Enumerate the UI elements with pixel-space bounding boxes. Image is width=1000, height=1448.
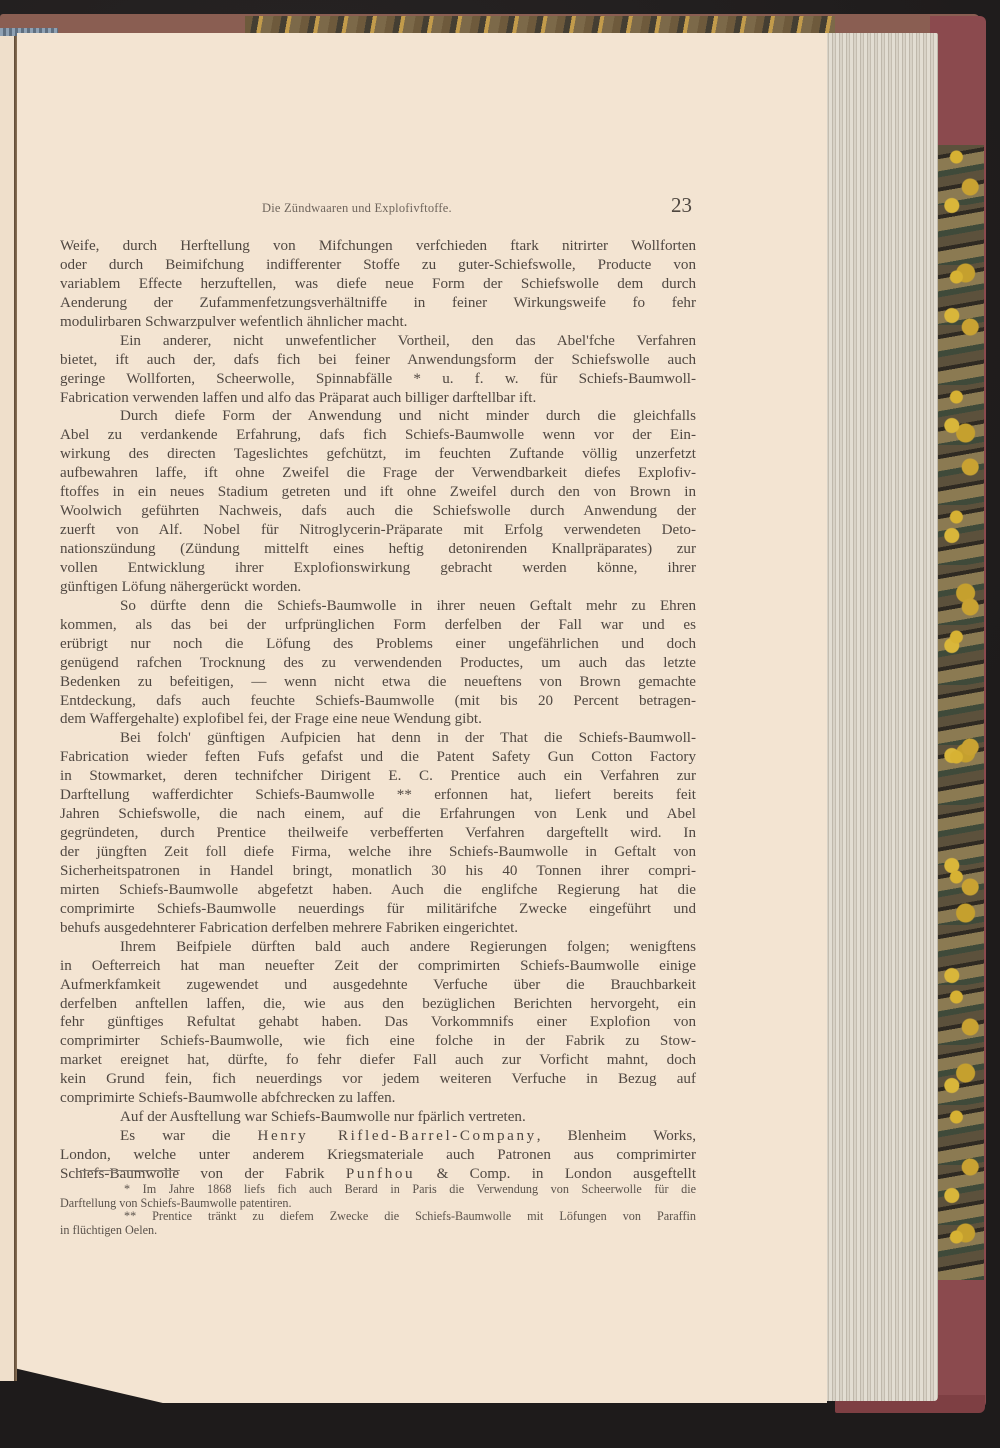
text-line: variablem Effecte herzuftellen, was dief… <box>60 275 696 294</box>
text-line: modulirbaren Schwarzpulver wefentlich äh… <box>60 313 696 332</box>
text-line: erübrigt nur noch die Löfung des Problem… <box>60 635 696 654</box>
text-line: So dürfte denn die Schiefs-Baumwolle in … <box>60 597 696 616</box>
text-line: Sicherheitspatronen in Handel bringt, mo… <box>60 862 696 881</box>
text-line: Woolwich geführten Nachweis, dafs auch d… <box>60 502 696 521</box>
emphasized-name: Punfhou <box>346 1166 415 1182</box>
running-head: Die Zündwaaren und Explofivftoffe. <box>262 201 452 216</box>
footnotes: * Im Jahre 1868 liefs fich auch Berard i… <box>60 1183 696 1237</box>
book-page: Die Zündwaaren und Explofivftoffe. 23 We… <box>17 33 827 1403</box>
text-line: Fabrication verwenden laffen und alfo da… <box>60 389 696 408</box>
text-line: genügend rafchen Trocknung des zu verwen… <box>60 654 696 673</box>
footnote-line: * Im Jahre 1868 liefs fich auch Berard i… <box>60 1183 696 1197</box>
page-number: 23 <box>671 193 692 218</box>
text-line: nationszündung (Zündung mittelft eines h… <box>60 540 696 559</box>
text-line: Ihrem Beifpiele dürften bald auch andere… <box>60 938 696 957</box>
text-line: in Stowmarket, deren technifcher Dirigen… <box>60 767 696 786</box>
text-line: der jüngften Zeit foll diefe Firma, welc… <box>60 843 696 862</box>
text-line: kommen, als das bei der urfprünglichen F… <box>60 616 696 635</box>
text-line: wirkung des directen Tageslichtes gefchü… <box>60 445 696 464</box>
text-line: geringe Wollforten, Scheerwolle, Spinnab… <box>60 370 696 389</box>
text-line: comprimirte Schiefs-Baumwolle neuerdings… <box>60 900 696 919</box>
previous-page-sliver <box>0 36 14 1381</box>
text-line: Fabrication wieder feften Fufs gefafst u… <box>60 748 696 767</box>
footnote-divider <box>80 1170 180 1171</box>
book-gutter <box>14 36 17 1381</box>
text-line: fehr günftiges Refultat gehabt haben. Da… <box>60 1013 696 1032</box>
text-line: derfelben anftellen laffen, die, wie aus… <box>60 995 696 1014</box>
marbled-cover-side <box>938 145 984 1280</box>
text-line: bietet, ift auch der, dafs fich bei fein… <box>60 351 696 370</box>
text-line: Auf der Ausftellung war Schiefs-Baumwoll… <box>60 1108 696 1127</box>
text-line: gegründeten, durch Prentice theilweife v… <box>60 824 696 843</box>
footnote-line: ** Prentice tränkt zu diefem Zwecke die … <box>60 1210 696 1224</box>
page-block-edges <box>826 33 938 1401</box>
footnote-line: Darftellung von Schiefs-Baumwolle patent… <box>60 1197 696 1211</box>
text-line: aufbewahren laffe, ift ohne Zweifel die … <box>60 464 696 483</box>
text-line: kein Grund fein, fich neuerdings vor jed… <box>60 1070 696 1089</box>
text-line: mirten Schiefs-Baumwolle abgefetzt haben… <box>60 881 696 900</box>
text-line: Es war die Henry Rifled-Barrel-Company, … <box>60 1127 696 1146</box>
text-line: günftigen Löfung nähergerückt worden. <box>60 578 696 597</box>
text-line: Abel zu verdankende Erfahrung, dafs fich… <box>60 426 696 445</box>
text-line: market ereignet hat, dürfte, fo fehr die… <box>60 1051 696 1070</box>
text-line: Entdeckung, dafs auch feuchte Schiefs-Ba… <box>60 692 696 711</box>
page-content: Die Zündwaaren und Explofivftoffe. 23 We… <box>17 33 827 1403</box>
text-line: behufs ausgedehnterer Fabrication derfel… <box>60 919 696 938</box>
text-line: comprimirte Schiefs-Baumwolle abfchrecke… <box>60 1089 696 1108</box>
text-line: Bedenken zu befeitigen, — wenn nicht etw… <box>60 673 696 692</box>
text-line: comprimirter Schiefs-Baumwolle, wie fich… <box>60 1032 696 1051</box>
text-line: Aufmerkfamkeit zugewendet und ausgedehnt… <box>60 976 696 995</box>
text-line: London, welche unter anderem Kriegsmater… <box>60 1146 696 1165</box>
text-line: Aenderung der Zufammenfetzungsverhältnif… <box>60 294 696 313</box>
text-line: Ein anderer, nicht unwefentlicher Vorthe… <box>60 332 696 351</box>
text-line: Jahren Schiefswolle, die nach einem, auf… <box>60 805 696 824</box>
text-line: Bei folch' günftigen Aufpicien hat denn … <box>60 729 696 748</box>
text-line: dem Waffergehalte) explofibel fei, der F… <box>60 710 696 729</box>
footnote-line: in flüchtigen Oelen. <box>60 1224 696 1238</box>
text-line: ftoffes in ein neues Stadium getreten un… <box>60 483 696 502</box>
text-line: oder durch Beimifchung indifferenter Sto… <box>60 256 696 275</box>
text-line: vollen Entwicklung ihrer Explofionswirku… <box>60 559 696 578</box>
emphasized-name: Henry Rifled-Barrel-Company <box>258 1128 537 1144</box>
text-line: Durch diefe Form der Anwendung und nicht… <box>60 407 696 426</box>
text-line: in Oefterreich hat man neuefter Zeit der… <box>60 957 696 976</box>
text-line: Darftellung wafferdichter Schiefs-Baumwo… <box>60 786 696 805</box>
text-line: zuerft von Alf. Nobel für Nitroglycerin-… <box>60 521 696 540</box>
text-line: Weife, durch Herftellung von Mifchungen … <box>60 237 696 256</box>
body-text: Weife, durch Herftellung von Mifchungen … <box>60 237 696 1184</box>
